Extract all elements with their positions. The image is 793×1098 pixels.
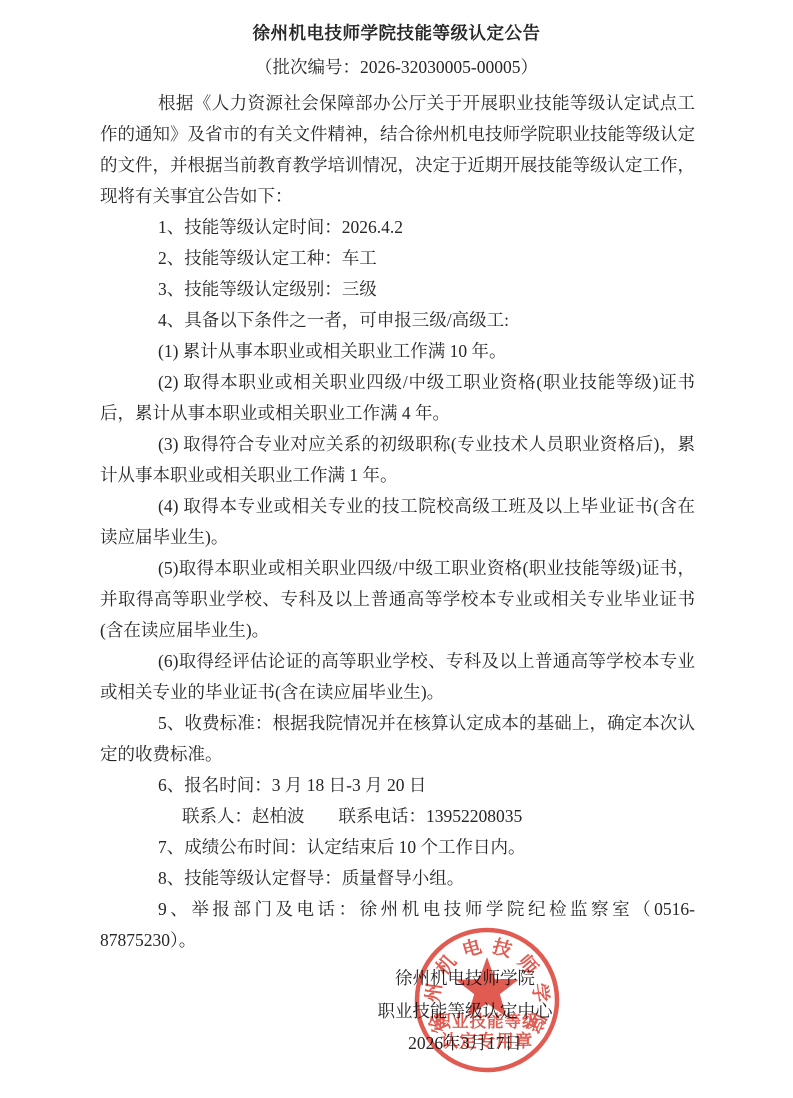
seal-arc-char: 技 bbox=[490, 934, 515, 961]
sub-list-item: (5)取得本职业或相关职业四级/中级工职业资格(职业技能等级)证书，并取得高等职… bbox=[100, 553, 695, 646]
document-body: 根据《人力资源社会保障部办公厅关于开展职业技能等级认定试点工作的通知》及省市的有… bbox=[100, 88, 695, 956]
batch-number-line: （批次编号：2026-32030005-00005） bbox=[0, 55, 793, 79]
seal-star-icon bbox=[456, 957, 519, 1017]
list-item: 8、技能等级认定督导：质量督导小组。 bbox=[100, 863, 695, 894]
sub-list-item: (4) 取得本专业或相关专业的技工院校高级工班及以上毕业证书(含在读应届毕业生)… bbox=[100, 491, 695, 553]
list-item: 1、技能等级认定时间：2026.4.2 bbox=[100, 212, 695, 243]
sub-list-item: (1) 累计从事本职业或相关职业工作满 10 年。 bbox=[100, 336, 695, 367]
official-seal-stamp: 徐州机电技师学院 职业技能等级 认定专用章 bbox=[412, 925, 562, 1075]
seal-arc-char: 电 bbox=[459, 934, 484, 961]
contact-line: 联系人：赵柏波联系电话：13952208035 bbox=[100, 801, 695, 832]
list-item: 4、具备以下条件之一者，可申报三级/高级工: bbox=[100, 305, 695, 336]
sub-list-item: (6)取得经评估论证的高等职业学校、专科及以上普通高等学校本专业或相关专业的毕业… bbox=[100, 646, 695, 708]
list-item: 3、技能等级认定级别：三级 bbox=[100, 274, 695, 305]
list-item: 7、成绩公布时间：认定结束后 10 个工作日内。 bbox=[100, 832, 695, 863]
sub-list-item: (3) 取得符合专业对应关系的初级职称(专业技术人员职业资格后)，累计从事本职业… bbox=[100, 429, 695, 491]
list-item: 9、举报部门及电话：徐州机电技师学院纪检监察室（0516-87875230）。 bbox=[100, 894, 695, 956]
list-item: 5、收费标准：根据我院情况并在核算认定成本的基础上，确定本次认定的收费标准。 bbox=[100, 708, 695, 770]
sub-list-item: (2) 取得本职业或相关职业四级/中级工职业资格(职业技能等级)证书后，累计从事… bbox=[100, 367, 695, 429]
list-item: 2、技能等级认定工种：车工 bbox=[100, 243, 695, 274]
seal-arc-char: 学 bbox=[528, 982, 553, 1004]
seal-center-line1: 职业技能等级 bbox=[435, 1011, 540, 1031]
document-title: 徐州机电技师学院技能等级认定公告 bbox=[0, 21, 793, 45]
seal-arc-char: 州 bbox=[422, 982, 446, 1004]
intro-paragraph: 根据《人力资源社会保障部办公厅关于开展职业技能等级认定试点工作的通知》及省市的有… bbox=[100, 88, 695, 212]
contact-person: 联系人：赵柏波 bbox=[182, 806, 305, 826]
document-page: 徐州机电技师学院技能等级认定公告 （批次编号：2026-32030005-000… bbox=[0, 0, 793, 1098]
seal-center-line2: 认定专用章 bbox=[441, 1031, 534, 1051]
list-item: 6、报名时间：3 月 18 日-3 月 20 日 bbox=[100, 770, 695, 801]
contact-phone: 联系电话：13952208035 bbox=[339, 806, 523, 826]
